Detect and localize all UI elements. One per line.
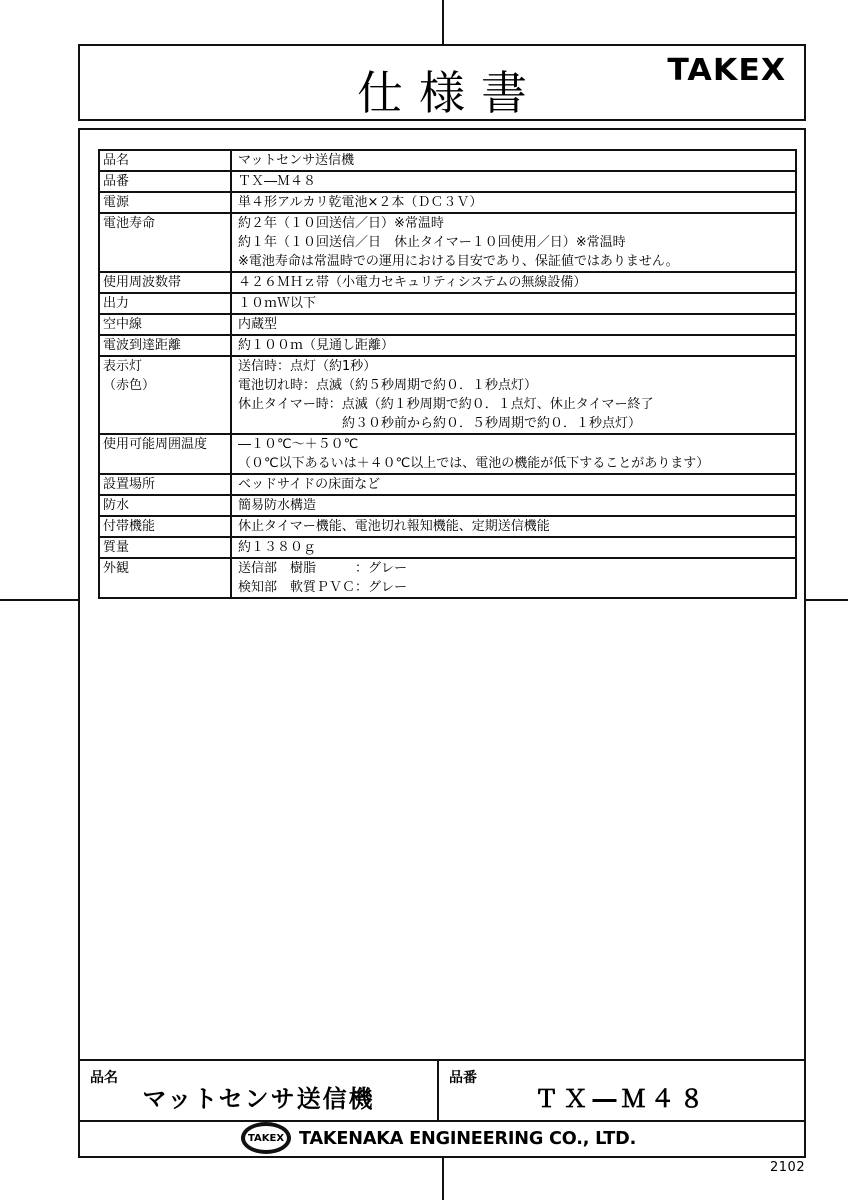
spec-text-line: 電波到達距離 xyxy=(103,336,227,355)
spec-row: 電池寿命約２年（１０回送信／日）※常温時約１年（１０回送信／日 休止タイマー１０… xyxy=(99,213,796,272)
takex-oval-logo-text: TAKEX xyxy=(248,1133,284,1144)
footer-name-value: マットセンサ送信機 xyxy=(80,1079,437,1114)
spec-value: 単４形アルカリ乾電池×２本（ＤＣ３Ｖ） xyxy=(231,192,796,213)
spec-text-line: 外観 xyxy=(103,559,227,578)
document-body: 品名マットセンサ送信機品番ＴＸ―Ｍ４８電源単４形アルカリ乾電池×２本（ＤＣ３Ｖ）… xyxy=(78,128,806,1158)
footer-product-number-cell: 品番 ＴＸ―Ｍ４８ xyxy=(439,1061,804,1120)
spec-text-line: （０℃以下あるいは＋４０℃以上では、電池の機能が低下することがあります） xyxy=(238,454,789,473)
spec-label: 品名 xyxy=(99,150,231,171)
spec-label: 防水 xyxy=(99,495,231,516)
spec-row: 電波到達距離約１００ｍ（見通し距離） xyxy=(99,335,796,356)
spec-value: １０ｍＷ以下 xyxy=(231,293,796,314)
spec-value: ―１０℃～＋５０℃（０℃以下あるいは＋４０℃以上では、電池の機能が低下することが… xyxy=(231,434,796,474)
spec-text-line: 電池切れ時：点滅（約５秒周期で約０．１秒点灯） xyxy=(238,376,789,395)
footer-number-value: ＴＸ―Ｍ４８ xyxy=(439,1079,804,1114)
crop-mark-left xyxy=(0,599,78,601)
spec-row: 空中線内蔵型 xyxy=(99,314,796,335)
spec-value: 簡易防水構造 xyxy=(231,495,796,516)
spec-text-line: マットセンサ送信機 xyxy=(238,151,789,170)
spec-label: 使用可能周囲温度 xyxy=(99,434,231,474)
takex-oval-logo-icon: TAKEX xyxy=(241,1122,291,1154)
spec-row: 付帯機能休止タイマー機能、電池切れ報知機能、定期送信機能 xyxy=(99,516,796,537)
spec-row: 電源単４形アルカリ乾電池×２本（ＤＣ３Ｖ） xyxy=(99,192,796,213)
spec-text-line: ※電池寿命は常温時での運用における目安であり、保証値ではありません。 xyxy=(238,252,789,271)
spec-label: 質量 xyxy=(99,537,231,558)
spec-value: ４２６ＭＨｚ帯（小電力セキュリティシステムの無線設備） xyxy=(231,272,796,293)
spec-value: ベッドサイドの床面など xyxy=(231,474,796,495)
spec-row: 出力１０ｍＷ以下 xyxy=(99,293,796,314)
spec-text-line: 休止タイマー機能、電池切れ報知機能、定期送信機能 xyxy=(238,517,789,536)
spec-value: 約２年（１０回送信／日）※常温時約１年（１０回送信／日 休止タイマー１０回使用／… xyxy=(231,213,796,272)
spec-text-line: 設置場所 xyxy=(103,475,227,494)
spec-label: 電池寿命 xyxy=(99,213,231,272)
spec-text-line: 簡易防水構造 xyxy=(238,496,789,515)
spec-text-line: 出力 xyxy=(103,294,227,313)
spec-label: 表示灯（赤色） xyxy=(99,356,231,434)
spec-text-line: 約２年（１０回送信／日）※常温時 xyxy=(238,214,789,233)
spec-text-line: 使用周波数帯 xyxy=(103,273,227,292)
spec-text-line: （赤色） xyxy=(103,376,227,395)
spec-label: 使用周波数帯 xyxy=(99,272,231,293)
spec-text-line: 約１００ｍ（見通し距離） xyxy=(238,336,789,355)
footer-product-name-cell: 品名 マットセンサ送信機 xyxy=(80,1061,439,1120)
spec-label: 電源 xyxy=(99,192,231,213)
spec-value: 送信部 樹脂 ：グレー検知部 軟質ＰＶＣ：グレー xyxy=(231,558,796,598)
company-band: TAKEX TAKENAKA ENGINEERING CO., LTD. xyxy=(80,1120,804,1154)
spec-row: 品番ＴＸ―Ｍ４８ xyxy=(99,171,796,192)
crop-mark-top xyxy=(442,0,444,44)
spec-text-line: 使用可能周囲温度 xyxy=(103,435,227,454)
spec-label: 品番 xyxy=(99,171,231,192)
spec-text-line: 空中線 xyxy=(103,315,227,334)
spec-text-line: 約１年（１０回送信／日 休止タイマー１０回使用／日）※常温時 xyxy=(238,233,789,252)
spec-text-line: 内蔵型 xyxy=(238,315,789,334)
spec-row: 使用可能周囲温度―１０℃～＋５０℃（０℃以下あるいは＋４０℃以上では、電池の機能… xyxy=(99,434,796,474)
spec-sheet-page: 仕様書 TAKEX 品名マットセンサ送信機品番ＴＸ―Ｍ４８電源単４形アルカリ乾電… xyxy=(0,0,848,1200)
spec-text-line: ベッドサイドの床面など xyxy=(238,475,789,494)
spec-value: 約１３８０ｇ xyxy=(231,537,796,558)
spec-text-line: 検知部 軟質ＰＶＣ：グレー xyxy=(238,578,789,597)
spec-text-line: 品名 xyxy=(103,151,227,170)
spec-text-line: 電源 xyxy=(103,193,227,212)
spec-text-line: 約１３８０ｇ xyxy=(238,538,789,557)
spec-value: マットセンサ送信機 xyxy=(231,150,796,171)
spec-text-line: １０ｍＷ以下 xyxy=(238,294,789,313)
spec-text-line: 送信部 樹脂 ：グレー xyxy=(238,559,789,578)
spec-row: 品名マットセンサ送信機 xyxy=(99,150,796,171)
spec-text-line: 表示灯 xyxy=(103,357,227,376)
spec-label: 付帯機能 xyxy=(99,516,231,537)
spec-text-line: 約３０秒前から約０．５秒周期で約０．１秒点灯） xyxy=(238,414,789,433)
spec-value: 送信時：点灯（約1秒）電池切れ時：点滅（約５秒周期で約０．１秒点灯）休止タイマー… xyxy=(231,356,796,434)
spec-text-line: ―１０℃～＋５０℃ xyxy=(238,435,789,454)
crop-mark-right xyxy=(806,599,848,601)
crop-mark-bottom xyxy=(442,1158,444,1200)
spec-row: 表示灯（赤色）送信時：点灯（約1秒）電池切れ時：点滅（約５秒周期で約０．１秒点灯… xyxy=(99,356,796,434)
spec-text-line: 単４形アルカリ乾電池×２本（ＤＣ３Ｖ） xyxy=(238,193,789,212)
spec-label: 設置場所 xyxy=(99,474,231,495)
spec-label: 電波到達距離 xyxy=(99,335,231,356)
spec-label: 出力 xyxy=(99,293,231,314)
page-number: 2102 xyxy=(770,1160,805,1175)
company-name: TAKENAKA ENGINEERING CO., LTD. xyxy=(299,1128,636,1149)
spec-value: 休止タイマー機能、電池切れ報知機能、定期送信機能 xyxy=(231,516,796,537)
takex-brand-logo: TAKEX xyxy=(667,53,786,88)
spec-value: 約１００ｍ（見通し距離） xyxy=(231,335,796,356)
spec-row: 質量約１３８０ｇ xyxy=(99,537,796,558)
spec-text-line: ４２６ＭＨｚ帯（小電力セキュリティシステムの無線設備） xyxy=(238,273,789,292)
spec-text-line: 品番 xyxy=(103,172,227,191)
spec-text-line: 電池寿命 xyxy=(103,214,227,233)
spec-text-line: ＴＸ―Ｍ４８ xyxy=(238,172,789,191)
spec-table-body: 品名マットセンサ送信機品番ＴＸ―Ｍ４８電源単４形アルカリ乾電池×２本（ＤＣ３Ｖ）… xyxy=(99,150,796,598)
spec-text-line: 防水 xyxy=(103,496,227,515)
spec-text-line: 質量 xyxy=(103,538,227,557)
spec-value: 内蔵型 xyxy=(231,314,796,335)
spec-label: 空中線 xyxy=(99,314,231,335)
spec-value: ＴＸ―Ｍ４８ xyxy=(231,171,796,192)
spec-label: 外観 xyxy=(99,558,231,598)
spec-row: 防水簡易防水構造 xyxy=(99,495,796,516)
footer-title-block: 品名 マットセンサ送信機 品番 ＴＸ―Ｍ４８ xyxy=(80,1059,804,1120)
spec-row: 外観送信部 樹脂 ：グレー検知部 軟質ＰＶＣ：グレー xyxy=(99,558,796,598)
spec-table: 品名マットセンサ送信機品番ＴＸ―Ｍ４８電源単４形アルカリ乾電池×２本（ＤＣ３Ｖ）… xyxy=(98,149,797,599)
spec-row: 設置場所ベッドサイドの床面など xyxy=(99,474,796,495)
spec-text-line: 付帯機能 xyxy=(103,517,227,536)
spec-row: 使用周波数帯４２６ＭＨｚ帯（小電力セキュリティシステムの無線設備） xyxy=(99,272,796,293)
spec-text-line: 送信時：点灯（約1秒） xyxy=(238,357,789,376)
header: 仕様書 TAKEX xyxy=(78,44,806,121)
spec-text-line: 休止タイマー時：点滅（約１秒周期で約０．１点灯、休止タイマー終了 xyxy=(238,395,789,414)
